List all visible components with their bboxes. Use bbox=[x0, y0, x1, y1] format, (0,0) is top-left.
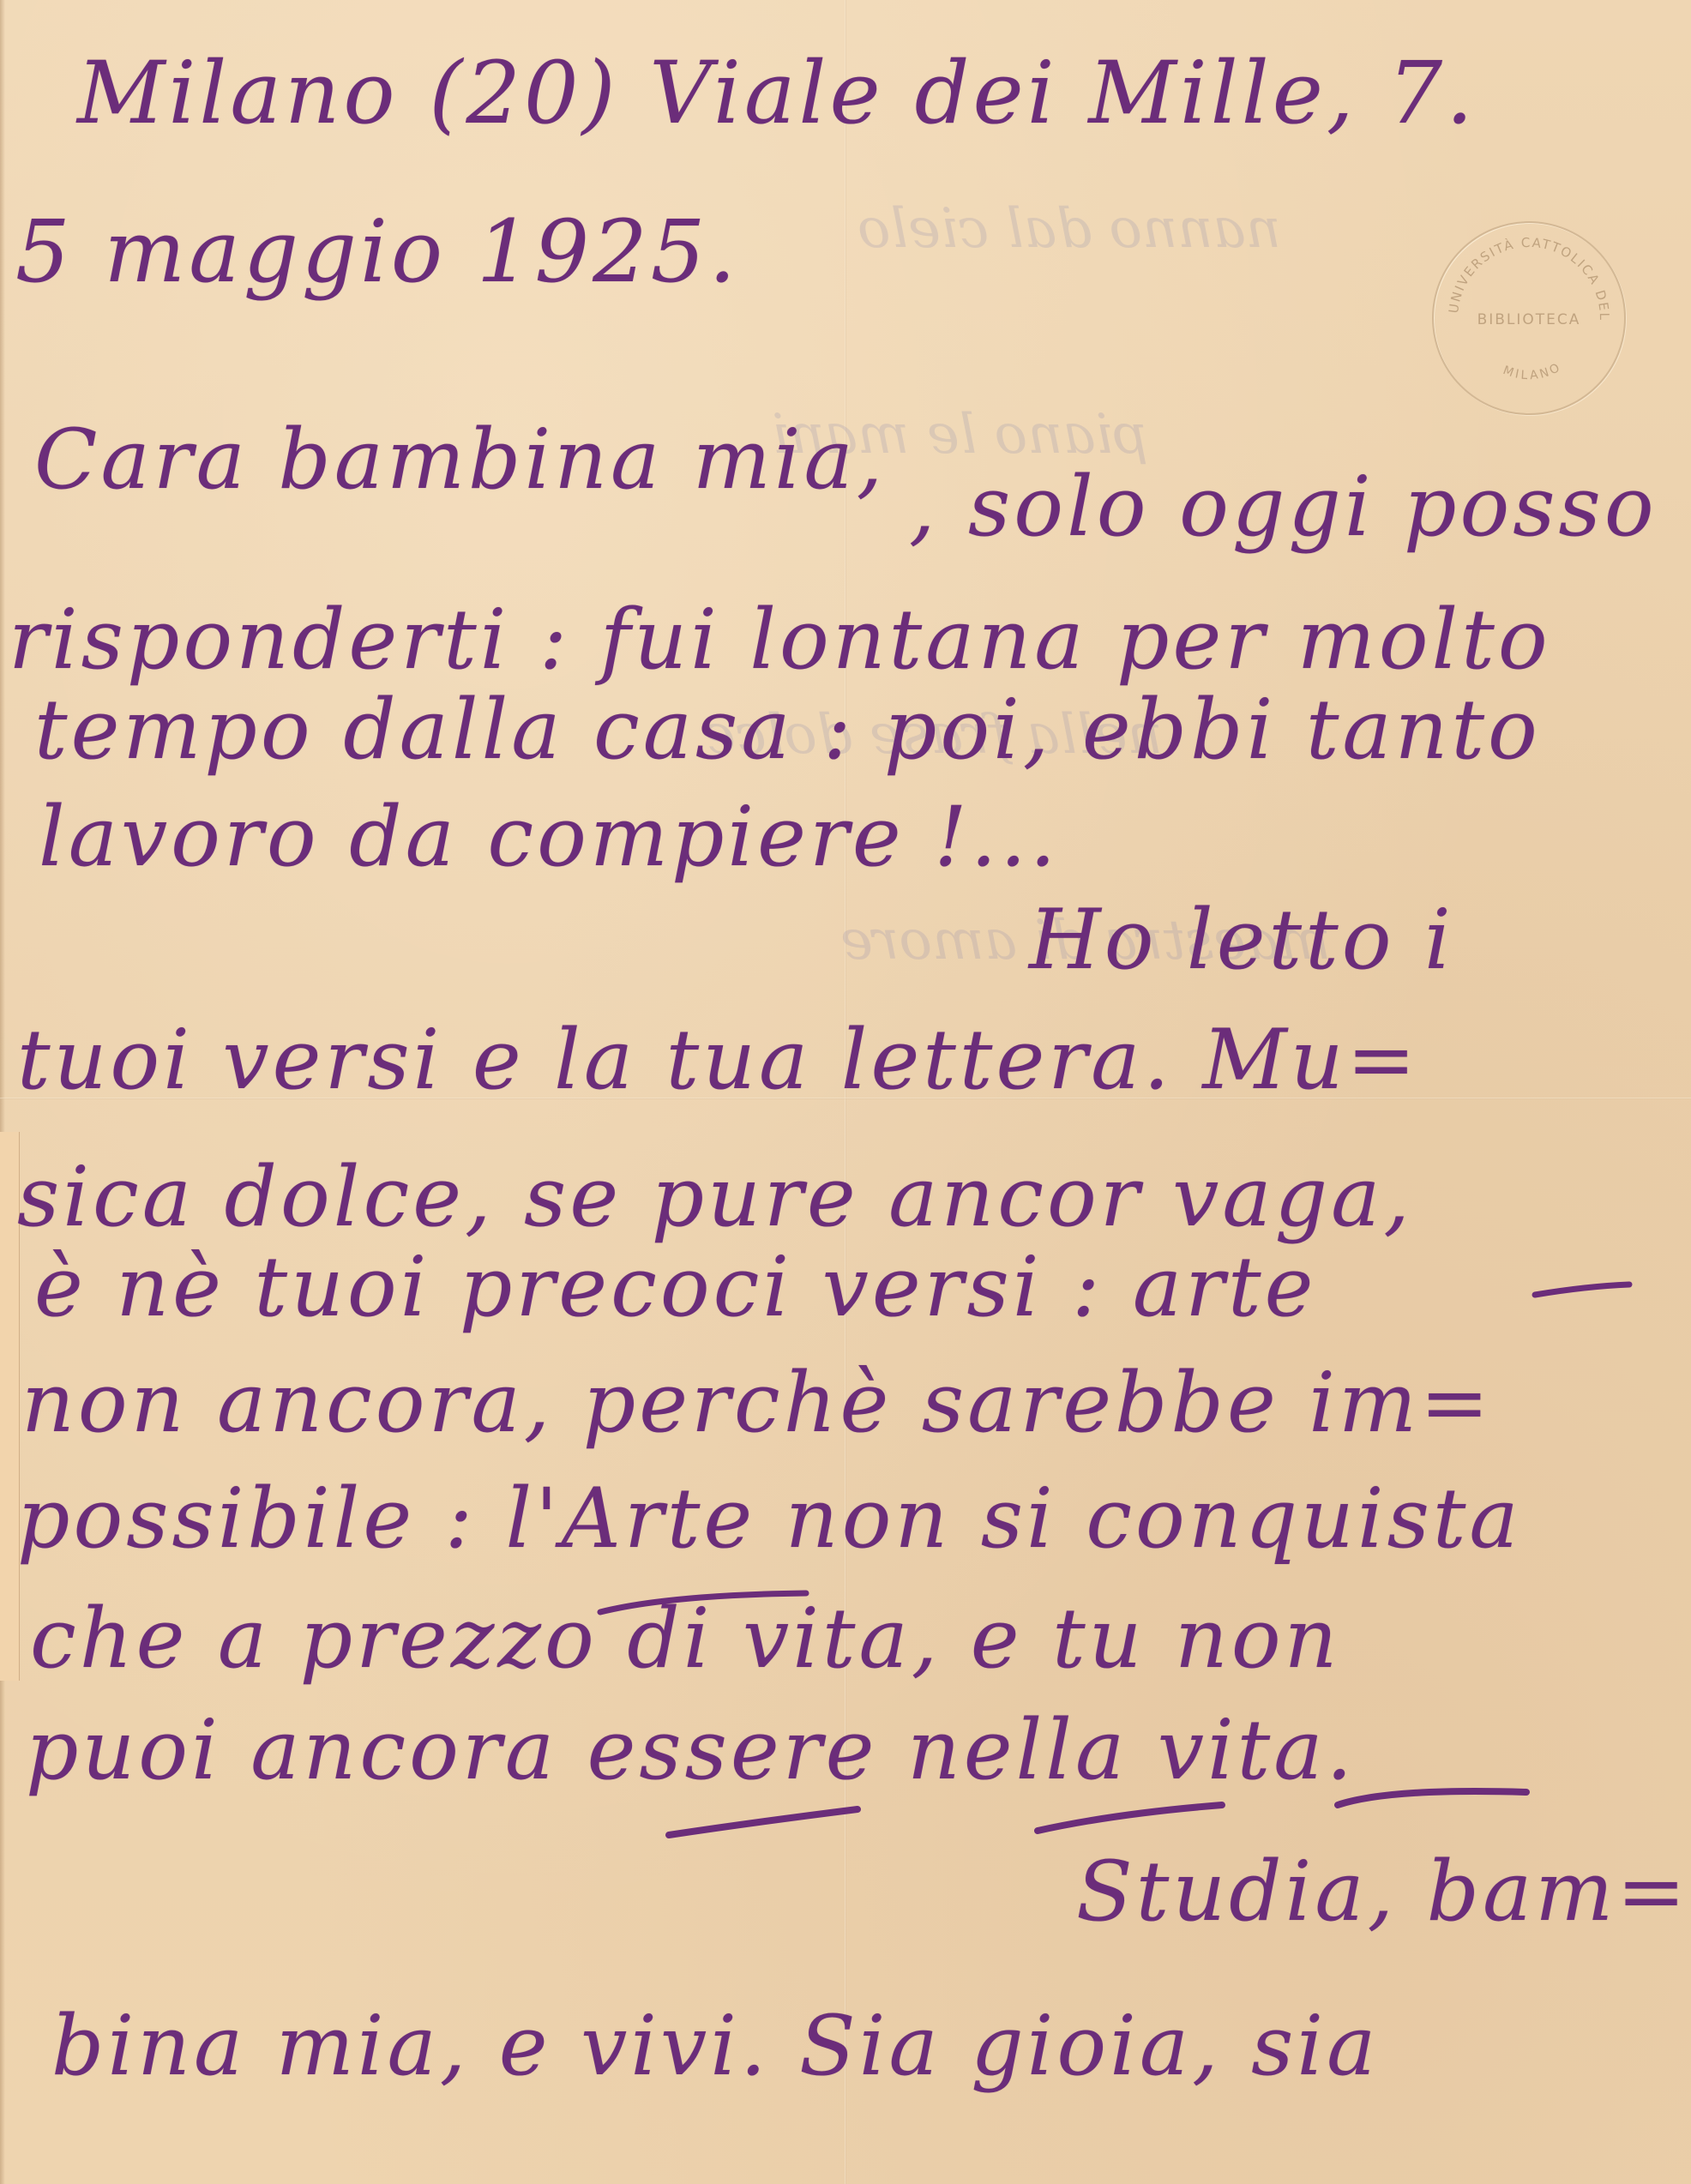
letter-date: 5 maggio 1925. bbox=[15, 202, 739, 302]
letter-line-5: lavoro da compiere !... bbox=[39, 789, 1059, 885]
letter-line-13: puoi ancora essere nella vita. bbox=[26, 1702, 1356, 1798]
letter-line-15: bina mia, e vivi. Sia gioia, sia bbox=[51, 1998, 1379, 2094]
letter-line-1: Cara bambina mia, bbox=[34, 412, 886, 508]
letter-page: nanno dal cielo piano le mani nella fras… bbox=[0, 0, 1691, 2184]
letter-line-14: Studia, bam= bbox=[1076, 1844, 1689, 1940]
bleed-through-text: nanno dal cielo bbox=[858, 197, 1281, 261]
letter-line-9: è nè tuoi precoci versi : arte bbox=[34, 1239, 1316, 1335]
letter-line-12: che a prezzo di vita, e tu non bbox=[30, 1591, 1340, 1687]
letter-line-8: sica dolce, se pure ancor vaga, bbox=[17, 1149, 1413, 1245]
letter-address: Milano (20) Viale dei Mille, 7. bbox=[77, 43, 1477, 143]
letter-line-11: possibile : l'Arte non si conquista bbox=[17, 1471, 1522, 1567]
letter-line-4: tempo dalla casa : poi, ebbi tanto bbox=[34, 682, 1541, 778]
svg-text:UNIVERSITÀ CATTOLICA DEL S. CU: UNIVERSITÀ CATTOLICA DEL S. CUORE bbox=[1434, 223, 1612, 322]
letter-line-10: non ancora, perchè sarebbe im= bbox=[21, 1355, 1492, 1451]
letter-line-2: , solo oggi posso bbox=[909, 459, 1658, 555]
library-embossed-stamp: UNIVERSITÀ CATTOLICA DEL S. CUORE BIBLIO… bbox=[1432, 221, 1626, 415]
letter-line-6: Ho letto i bbox=[1029, 892, 1454, 988]
letter-line-3: risponderti : fui lontana per molto bbox=[9, 592, 1551, 688]
svg-text:BIBLIOTECA: BIBLIOTECA bbox=[1477, 311, 1581, 328]
page-edge-shadow bbox=[0, 0, 5, 2184]
stamp-seal-icon: UNIVERSITÀ CATTOLICA DEL S. CUORE BIBLIO… bbox=[1434, 223, 1624, 413]
line-9-text: è nè tuoi precoci versi : arte bbox=[34, 1239, 1316, 1335]
letter-line-7: tuoi versi e la tua lettera. Mu= bbox=[17, 1012, 1419, 1108]
svg-text:MILANO: MILANO bbox=[1501, 360, 1565, 383]
